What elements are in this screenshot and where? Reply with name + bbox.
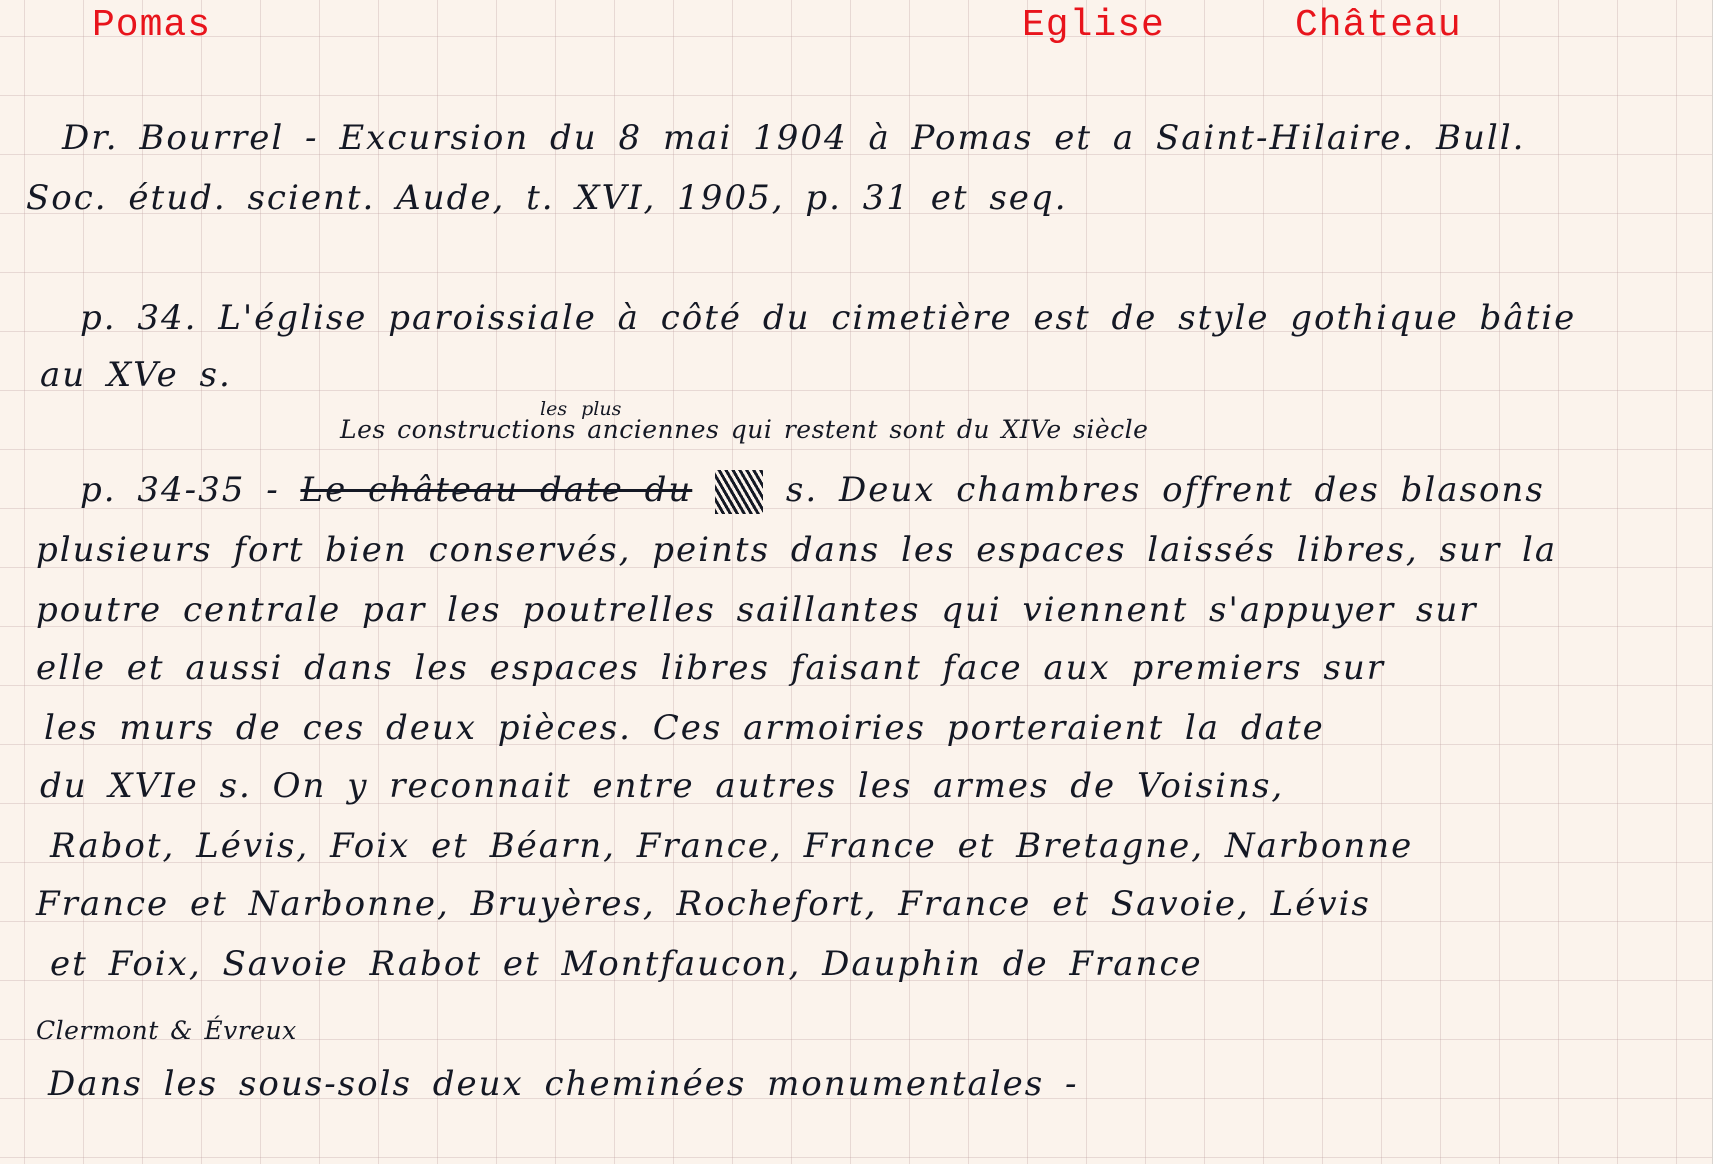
castle-insertion: Les constructions anciennes qui restent …	[340, 415, 1148, 444]
castle-note-line-8: France et Narbonne, Bruyères, Rochefort,…	[36, 884, 1371, 924]
castle-note-line-6: du XVIe s. On y reconnait entre autres l…	[40, 766, 1284, 806]
reference-line-1: Dr. Bourrel - Excursion du 8 mai 1904 à …	[62, 118, 1525, 158]
castle-final-line: Dans les sous-sols deux cheminées monume…	[48, 1064, 1079, 1104]
reference-line-2: Soc. étud. scient. Aude, t. XVI, 1905, p…	[26, 178, 1068, 218]
church-note-line-1: p. 34. L'église paroissiale à côté du ci…	[80, 298, 1576, 338]
index-card: Pomas Eglise Château Dr. Bourrel - Excur…	[0, 0, 1712, 1164]
castle-note-line-2: plusieurs fort bien conservés, peints da…	[36, 530, 1557, 570]
struck-text: Le château date du	[301, 470, 693, 510]
category-eglise: Eglise	[1022, 4, 1165, 47]
scribbled-century	[715, 470, 763, 514]
castle-note-line-1: p. 34-35 - Le château date du s. Deux ch…	[80, 470, 1545, 514]
castle-addition: Clermont & Évreux	[36, 1016, 297, 1045]
castle-note-line-4: elle et aussi dans les espaces libres fa…	[36, 648, 1385, 688]
page-reference: p. 34-35 -	[80, 470, 280, 510]
castle-line-1-rest: s. Deux chambres offrent des blasons	[786, 470, 1545, 510]
castle-note-line-5: les murs de ces deux pièces. Ces armoiri…	[44, 708, 1325, 748]
castle-note-line-9: et Foix, Savoie Rabot et Montfaucon, Dau…	[50, 944, 1203, 984]
church-note-line-2: au XVe s.	[40, 355, 232, 395]
category-chateau: Château	[1295, 4, 1462, 47]
place-heading: Pomas	[92, 4, 211, 47]
castle-note-line-7: Rabot, Lévis, Foix et Béarn, France, Fra…	[50, 826, 1413, 866]
castle-note-line-3: poutre centrale par les poutrelles saill…	[36, 590, 1478, 630]
